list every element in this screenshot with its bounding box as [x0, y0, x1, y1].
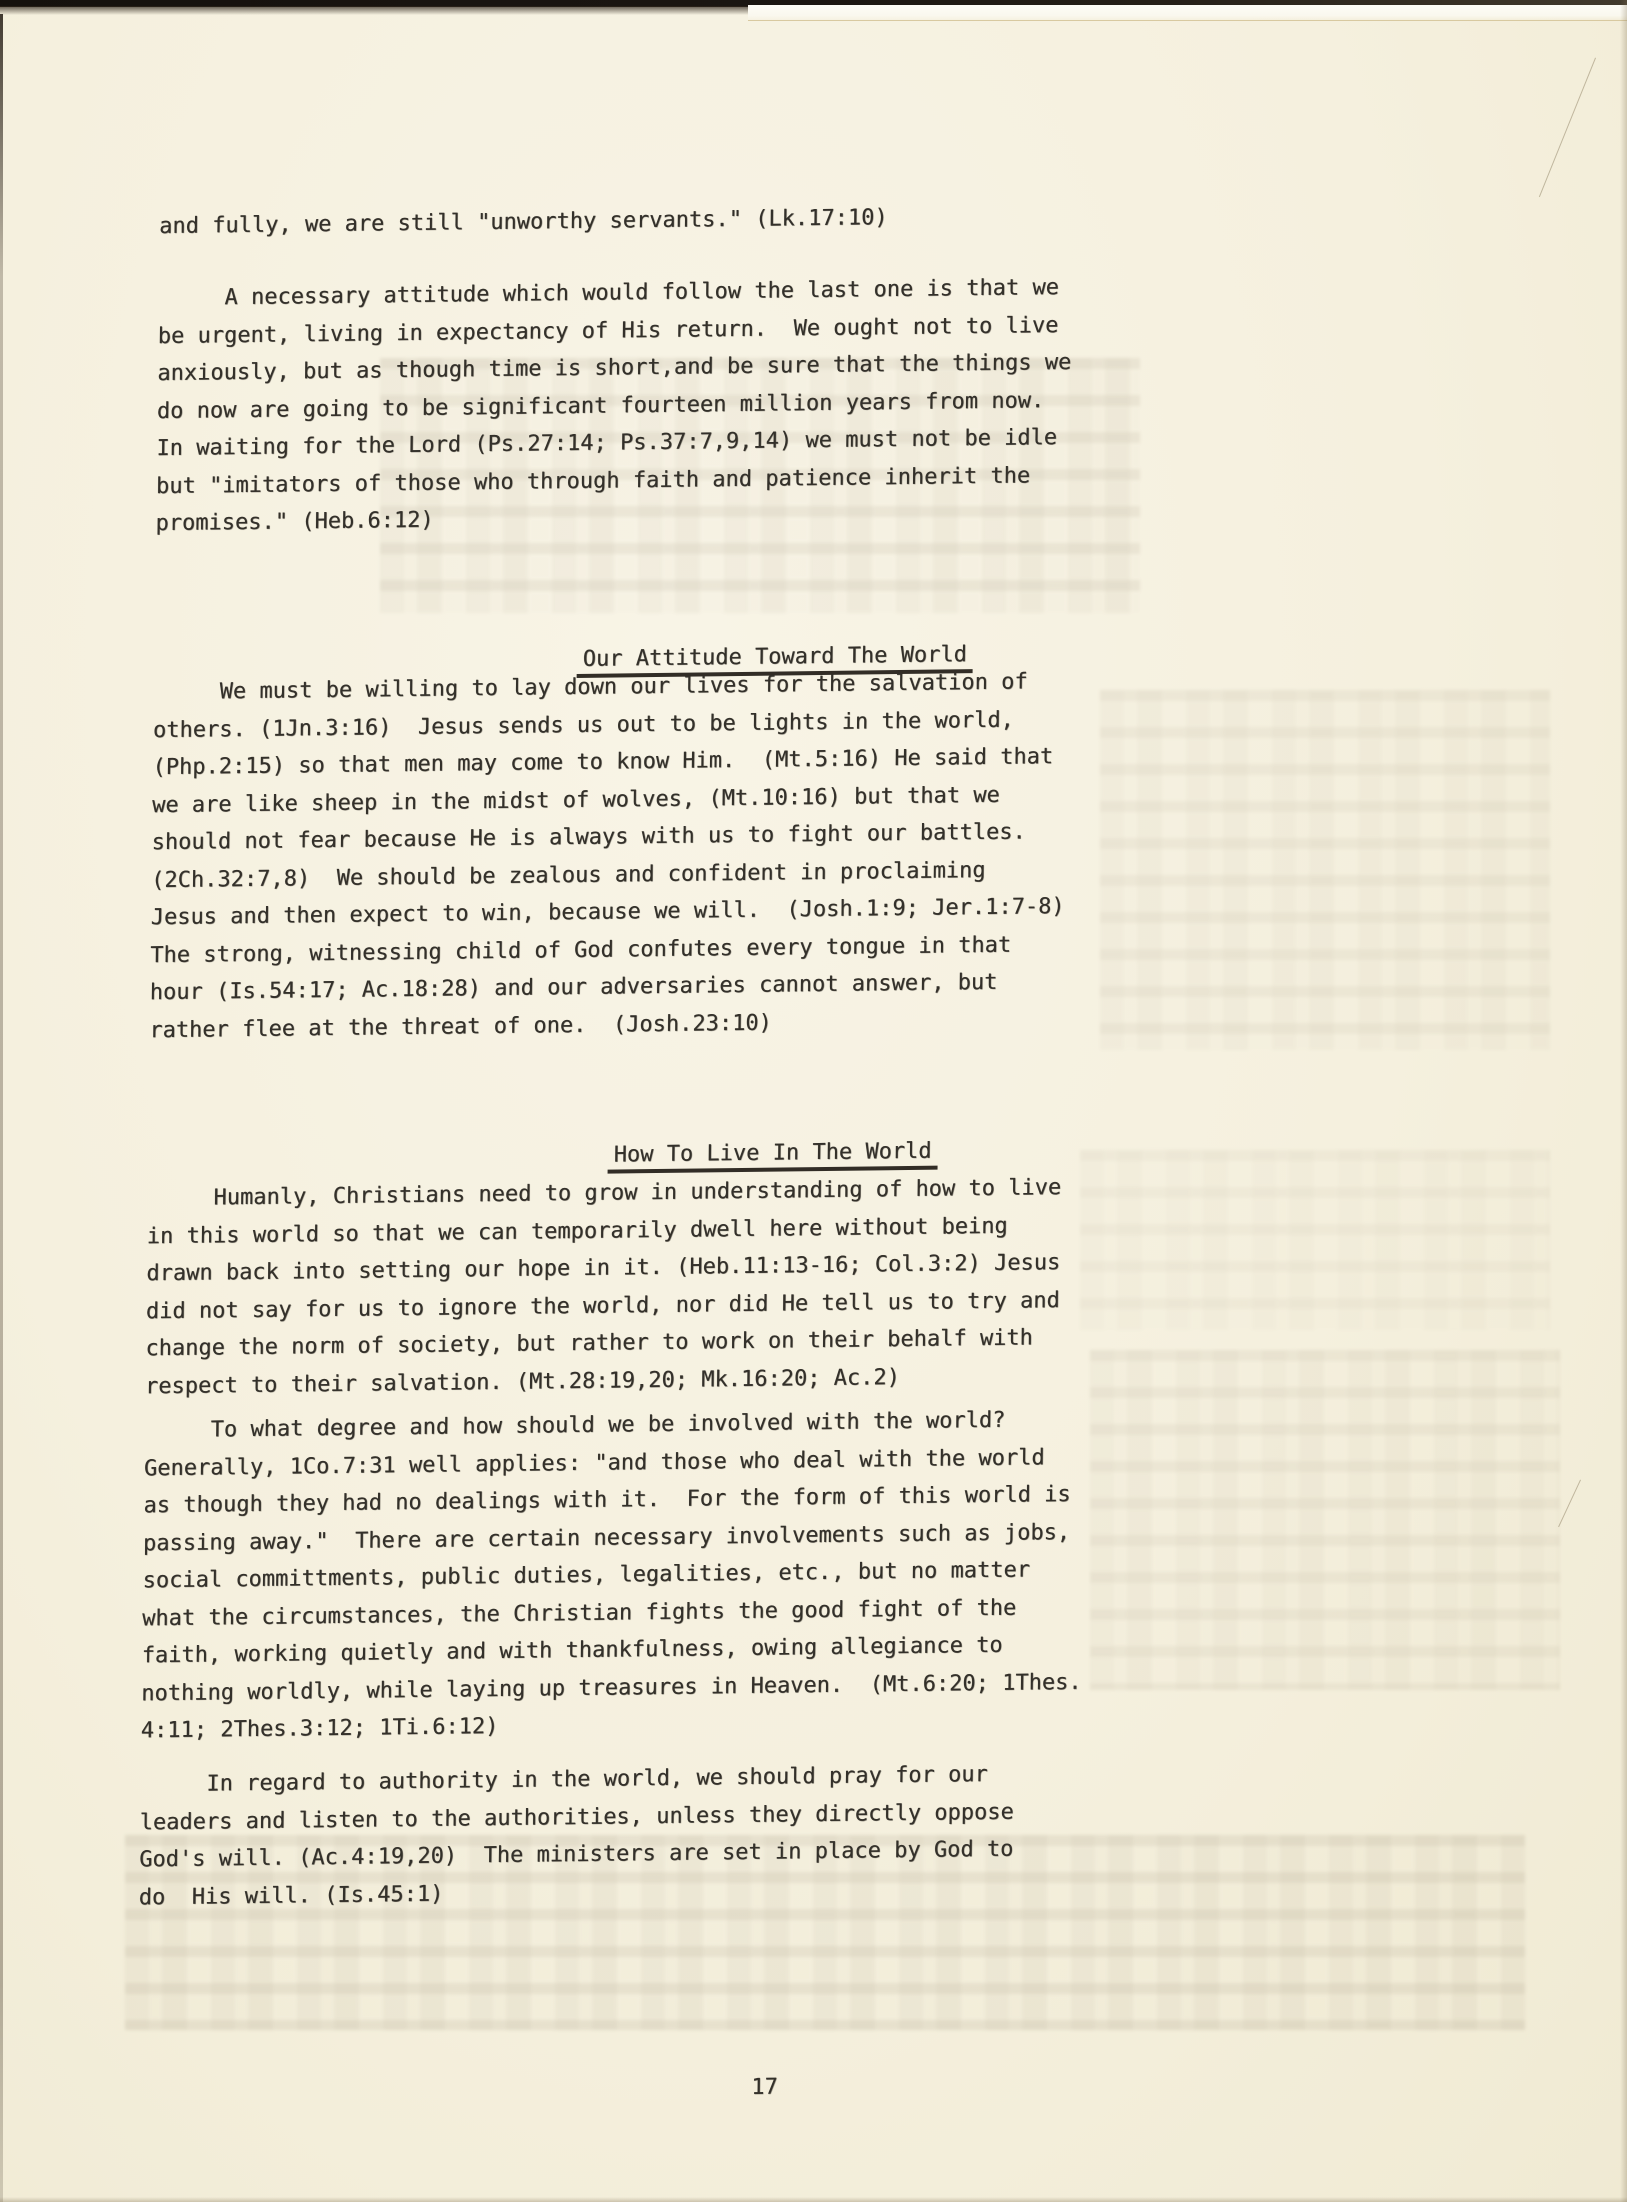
bleed-through-artifact: [1090, 1350, 1560, 1690]
page-edge-shadow-right: [1620, 0, 1627, 2202]
bleed-through-artifact: [1100, 690, 1550, 1050]
scan-edge-left: [0, 14, 3, 2202]
page-number: 17: [751, 2069, 778, 2107]
paper-crease: [1539, 58, 1596, 197]
continued-paragraph: and fully, we are still "unworthy servan…: [159, 196, 1119, 245]
page-content: and fully, we are still "unworthy servan…: [135, 0, 1172, 2202]
paragraph-attitude-toward-world: We must be willing to lay down our lives…: [149, 662, 1114, 1049]
paragraph-grow-in-understanding: Humanly, Christians need to grow in unde…: [145, 1169, 1108, 1406]
paragraph-degree-of-involvement: To what degree and how should we be invo…: [141, 1401, 1105, 1750]
paragraph-urgency: A necessary attitude which would follow …: [155, 268, 1118, 542]
scanned-document-page: { "colors": { "paper": "#f6f1e0", "ink":…: [0, 0, 1627, 2202]
heading-text: How To Live In The World: [608, 1138, 938, 1173]
paragraph-authority: In regard to authority in the world, we …: [139, 1755, 1101, 1917]
paper-crease: [1558, 1480, 1581, 1528]
